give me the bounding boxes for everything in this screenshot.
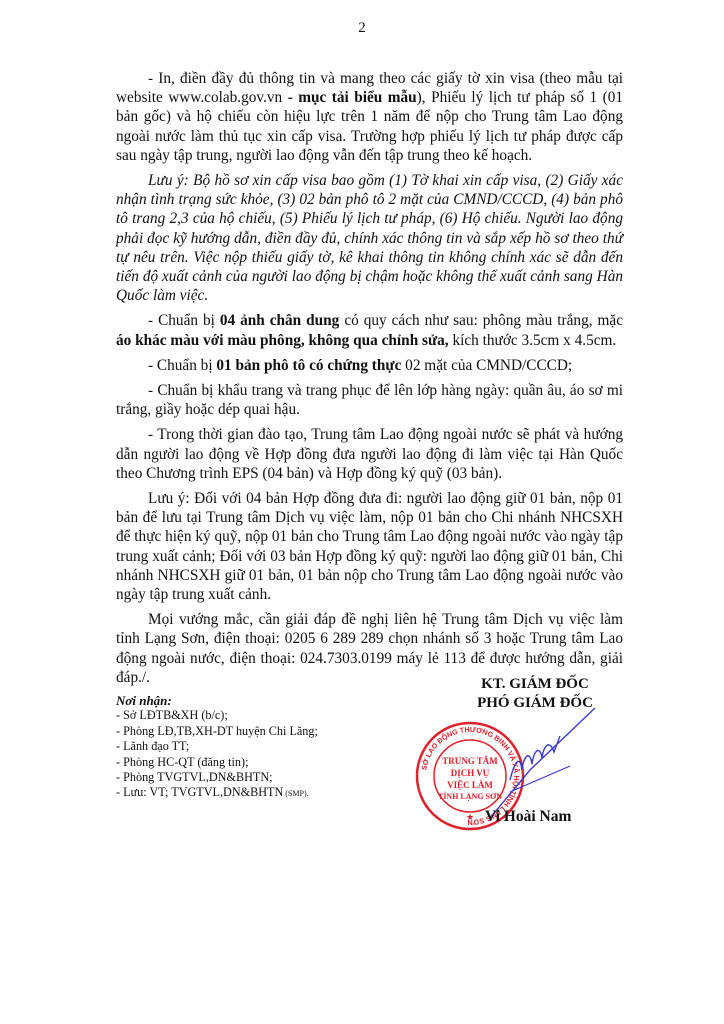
handwritten-signature-icon <box>470 700 635 820</box>
bold-text-run: áo khác màu với màu phông, không qua chỉ… <box>116 332 449 349</box>
signature-title-line1: KT. GIÁM ĐỐC <box>440 675 630 694</box>
text-run: - Trong thời gian đào tạo, Trung tâm Lao… <box>116 426 623 481</box>
recipients-title: Nơi nhận: <box>116 693 396 708</box>
text-run: kích thước 3.5cm x 4.5cm. <box>449 332 617 349</box>
text-run: - Chuẩn bị khẩu trang và trang phục để l… <box>116 382 623 418</box>
document-body: - In, điền đầy đủ thông tin và mang theo… <box>116 69 623 693</box>
bold-text-run: - mục tải biểu mẫu <box>288 89 417 106</box>
body-paragraph: - Trong thời gian đào tạo, Trung tâm Lao… <box>116 425 623 483</box>
body-paragraph: - Chuẩn bị 04 ảnh chân dung có quy cách … <box>116 311 623 349</box>
text-run: có quy cách như sau: phông màu trắng, mặ… <box>339 312 623 329</box>
text-run: - Chuẩn bị <box>148 357 216 374</box>
text-run: - Chuẩn bị <box>148 312 220 329</box>
recipient-item: - Lãnh đạo TT; <box>116 739 396 754</box>
body-paragraph: - In, điền đầy đủ thông tin và mang theo… <box>116 69 623 165</box>
text-run: 02 mặt của CMND/CCCD; <box>401 357 572 374</box>
recipient-suffix: (SMP). <box>283 789 308 798</box>
recipient-item: - Phòng LĐ,TB,XH-DT huyện Chi Lăng; <box>116 724 396 739</box>
bold-text-run: 04 ảnh chân dung <box>220 312 340 329</box>
text-run: Lưu ý: Đối với 04 bản Hợp đồng đưa đi: n… <box>116 490 623 603</box>
body-paragraph: - Chuẩn bị 01 bản phô tô có chứng thực 0… <box>116 356 623 375</box>
body-paragraph: Lưu ý: Bộ hồ sơ xin cấp visa bao gồm (1)… <box>116 171 623 305</box>
recipient-item: - Lưu: VT; TVGTVL,DN&BHTN (SMP). <box>116 785 396 801</box>
bold-text-run: 01 bản phô tô có chứng thực <box>216 357 401 374</box>
page-number: 2 <box>0 20 724 37</box>
recipients-block: Nơi nhận: - Sở LĐTB&XH (b/c); - Phòng LĐ… <box>116 693 396 802</box>
recipient-item-text: - Lưu: VT; TVGTVL,DN&BHTN <box>116 785 283 799</box>
body-paragraph: - Chuẩn bị khẩu trang và trang phục để l… <box>116 381 623 419</box>
signer-name: Vi Hoài Nam <box>485 808 571 826</box>
text-run: Lưu ý: Bộ hồ sơ xin cấp visa bao gồm (1)… <box>116 172 623 304</box>
recipient-item: - Phòng TVGTVL,DN&BHTN; <box>116 770 396 785</box>
body-paragraph: Lưu ý: Đối với 04 bản Hợp đồng đưa đi: n… <box>116 489 623 604</box>
recipient-item: - Sở LĐTB&XH (b/c); <box>116 708 396 723</box>
recipient-item: - Phòng HC-QT (đăng tin); <box>116 755 396 770</box>
